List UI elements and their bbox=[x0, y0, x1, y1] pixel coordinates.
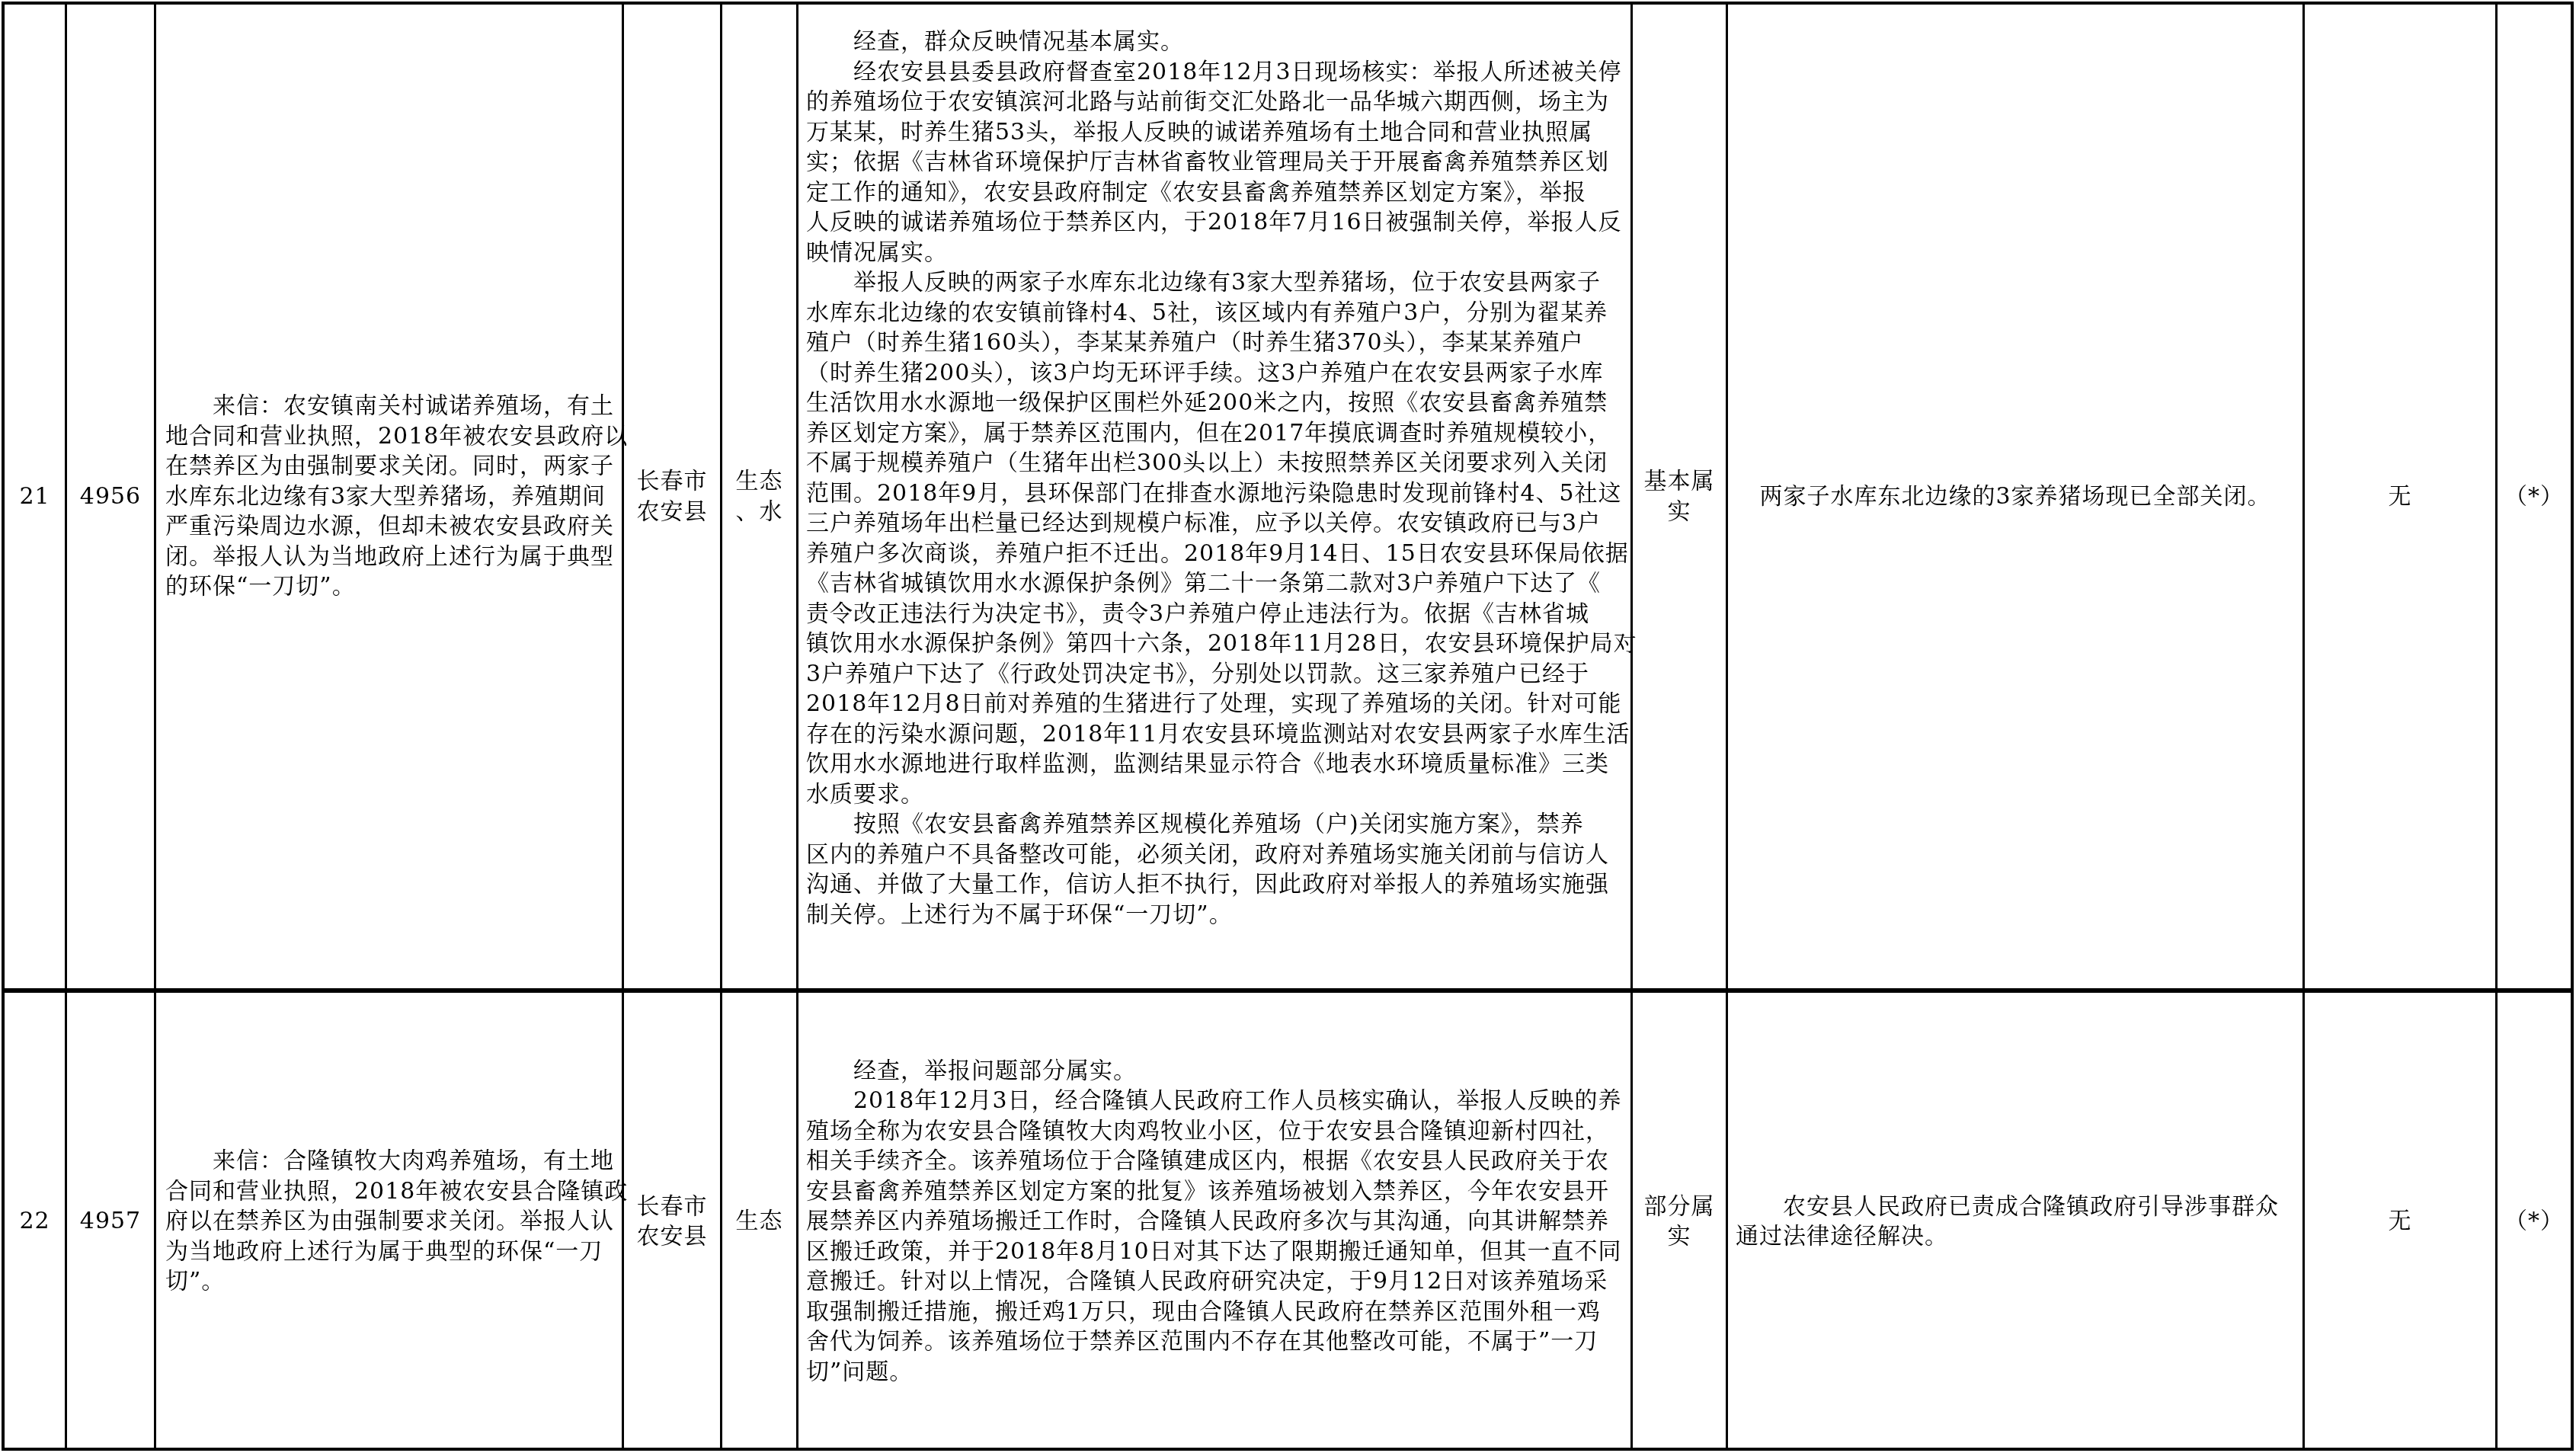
investigation-text: 经查，举报问题部分属实。 2018年12月3日，经合隆镇人民政府工作人员核实确认… bbox=[798, 1056, 1622, 1387]
investigation-line: 舍代为饲养。该养殖场位于禁养区范围内不存在其他整改可能，不属于”一刀 bbox=[806, 1327, 1622, 1357]
category-cell: 生态 bbox=[722, 993, 798, 1450]
verdict-line: 基本属 bbox=[1644, 466, 1715, 497]
investigation-line: 三户养殖场年出栏量已经达到规模户标准，应予以关停。农安镇政府已与3户 bbox=[806, 508, 1637, 539]
region-line: 农安县 bbox=[637, 1221, 708, 1252]
complaint-line: 来信：农安镇南关村诚诺养殖场，有土 bbox=[165, 391, 628, 421]
verdict-line: 实 bbox=[1668, 497, 1691, 527]
investigation-line: 水质要求。 bbox=[806, 779, 1637, 810]
accountability-text: 无 bbox=[2389, 1206, 2412, 1237]
region-line: 长春市 bbox=[637, 466, 708, 497]
investigation-line: 镇饮用水水源保护条例》第四十六条，2018年11月28日，农安县环境保护局对 bbox=[806, 629, 1637, 659]
complaint-cell: 来信：农安镇南关村诚诺养殖场，有土 地合同和营业执照，2018年被农安县政府以 … bbox=[156, 5, 624, 988]
verdict-cell: 部分属 实 bbox=[1633, 993, 1728, 1450]
investigation-line: 实；依据《吉林省环境保护厅吉林省畜牧业管理局关于开展畜禽养殖禁养区划 bbox=[806, 147, 1637, 178]
investigation-cell: 经查，举报问题部分属实。 2018年12月3日，经合隆镇人民政府工作人员核实确认… bbox=[798, 993, 1633, 1450]
complaint-line: 地合同和营业执照，2018年被农安县政府以 bbox=[165, 421, 628, 452]
complaint-table: 21 4956 来信：农安镇南关村诚诺养殖场，有土 地合同和营业执照，2018年… bbox=[2, 2, 2574, 1451]
note-text: （*） bbox=[2504, 1206, 2564, 1237]
investigation-line: 范围。2018年9月，县环保部门在排查水源地污染隐患时发现前锋村4、5社这 bbox=[806, 478, 1637, 509]
investigation-line: 经查，举报问题部分属实。 bbox=[806, 1056, 1622, 1087]
investigation-line: 《吉林省城镇饮用水水源保护条例》第二十一条第二款对3户养殖户下达了《 bbox=[806, 568, 1637, 599]
investigation-line: 殖户（时养生猪160头），李某某养殖户（时养生猪370头），李某某养殖户 bbox=[806, 328, 1637, 358]
investigation-line: 制关停。上述行为不属于环保“一刀切”。 bbox=[806, 900, 1637, 930]
note-cell: （*） bbox=[2498, 5, 2571, 988]
investigation-line: 2018年12月8日前对养殖的生猪进行了处理，实现了养殖场的关闭。针对可能 bbox=[806, 689, 1637, 719]
investigation-line: 万某某，时养生猪53头，举报人反映的诚诺养殖场有土地合同和营业执照属 bbox=[806, 117, 1637, 148]
accountability-cell: 无 bbox=[2305, 5, 2498, 988]
investigation-line: 不属于规模养殖户（生猪年出栏300头以上）未按照禁养区关闭要求列入关闭 bbox=[806, 448, 1637, 478]
investigation-line: 责令改正违法行为决定书》，责令3户养殖户停止违法行为。依据《吉林省城 bbox=[806, 599, 1637, 629]
handling-cell: 两家子水库东北边缘的3家养猪场现已全部关闭。 bbox=[1728, 5, 2305, 988]
investigation-line: 3户养殖户下达了《行政处罚决定书》，分别处以罚款。这三家养殖户已经于 bbox=[806, 659, 1637, 690]
case-id-cell: 4957 bbox=[67, 993, 156, 1450]
verdict-text: 基本属 实 bbox=[1644, 466, 1715, 526]
complaint-line: 严重污染周边水源，但却未被农安县政府关 bbox=[165, 511, 628, 542]
investigation-line: 饮用水水源地进行取样监测，监测结果显示符合《地表水环境质量标准》三类 bbox=[806, 749, 1637, 779]
verdict-line: 部分属 bbox=[1644, 1192, 1715, 1222]
accountability-text: 无 bbox=[2389, 482, 2412, 512]
region-text: 长春市 农安县 bbox=[637, 1192, 708, 1252]
region-text: 长春市 农安县 bbox=[637, 466, 708, 526]
investigation-line: 养区划定方案》，属于禁养区范围内，但在2017年摸底调查时养殖规模较小， bbox=[806, 418, 1637, 449]
complaint-line: 为当地政府上述行为属于典型的环保“一刀 bbox=[165, 1237, 628, 1267]
investigation-line: 2018年12月3日，经合隆镇人民政府工作人员核实确认，举报人反映的养 bbox=[806, 1086, 1622, 1116]
case-id: 4956 bbox=[80, 482, 141, 512]
complaint-text: 来信：农安镇南关村诚诺养殖场，有土 地合同和营业执照，2018年被农安县政府以 … bbox=[156, 391, 628, 602]
seq-number: 22 bbox=[19, 1206, 50, 1237]
investigation-line: 区搬迁政策，并于2018年8月10日对其下达了限期搬迁通知单，但其一直不同 bbox=[806, 1237, 1622, 1267]
case-id: 4957 bbox=[80, 1206, 141, 1237]
category-text: 生态 bbox=[736, 1206, 783, 1237]
investigation-line: 存在的污染水源问题，2018年11月农安县环境监测站对农安县两家子水库生活 bbox=[806, 719, 1637, 750]
category-text: 生态 、水 bbox=[736, 466, 783, 526]
note-text: （*） bbox=[2504, 482, 2564, 512]
category-line: 生态 bbox=[736, 1206, 783, 1237]
investigation-line: 区内的养殖户不具备整改可能，必须关闭，政府对养殖场实施关闭前与信访人 bbox=[806, 840, 1637, 870]
investigation-line: 生活饮用水水源地一级保护区围栏外延200米之内，按照《农安县畜禽养殖禁 bbox=[806, 388, 1637, 418]
investigation-line: 取强制搬迁措施，搬迁鸡1万只，现由合隆镇人民政府在禁养区范围外租一鸡 bbox=[806, 1297, 1622, 1327]
handling-line: 通过法律途径解决。 bbox=[1736, 1221, 2279, 1252]
region-cell: 长春市 农安县 bbox=[624, 5, 722, 988]
complaint-line: 水库东北边缘有3家大型养猪场，养殖期间 bbox=[165, 482, 628, 512]
investigation-line: 映情况属实。 bbox=[806, 238, 1637, 268]
complaint-line: 的环保“一刀切”。 bbox=[165, 571, 628, 602]
complaint-text: 来信：合隆镇牧大肉鸡养殖场，有土地 合同和营业执照，2018年被农安县合隆镇政 … bbox=[156, 1146, 628, 1297]
investigation-line: 经农安县县委县政府督查室2018年12月3日现场核实：举报人所述被关停 bbox=[806, 57, 1637, 88]
verdict-text: 部分属 实 bbox=[1644, 1192, 1715, 1252]
investigation-line: 水库东北边缘的农安镇前锋村4、5社，该区域内有养殖户3户，分别为翟某养 bbox=[806, 298, 1637, 328]
investigation-line: 沟通、并做了大量工作，信访人拒不执行，因此政府对举报人的养殖场实施强 bbox=[806, 869, 1637, 900]
investigation-cell: 经查，群众反映情况基本属实。 经农安县县委县政府督查室2018年12月3日现场核… bbox=[798, 5, 1633, 988]
table-row: 22 4957 来信：合隆镇牧大肉鸡养殖场，有土地 合同和营业执照，2018年被… bbox=[5, 993, 2571, 1450]
category-cell: 生态 、水 bbox=[722, 5, 798, 988]
complaint-line: 切”。 bbox=[165, 1266, 628, 1297]
complaint-line: 府以在禁养区为由强制要求关闭。举报人认 bbox=[165, 1206, 628, 1237]
investigation-text: 经查，群众反映情况基本属实。 经农安县县委县政府督查室2018年12月3日现场核… bbox=[798, 27, 1637, 930]
investigation-line: 人反映的诚诺养殖场位于禁养区内，于2018年7月16日被强制关停，举报人反 bbox=[806, 207, 1637, 238]
verdict-line: 实 bbox=[1668, 1221, 1691, 1252]
seq-cell: 22 bbox=[5, 993, 67, 1450]
investigation-line: 举报人反映的两家子水库东北边缘有3家大型养猪场，位于农安县两家子 bbox=[806, 267, 1637, 298]
investigation-line: 经查，群众反映情况基本属实。 bbox=[806, 27, 1637, 57]
region-line: 长春市 bbox=[637, 1192, 708, 1222]
complaint-line: 在禁养区为由强制要求关闭。同时，两家子 bbox=[165, 451, 628, 482]
investigation-line: 意搬迁。针对以上情况，合隆镇人民政府研究决定，于9月12日对该养殖场采 bbox=[806, 1266, 1622, 1297]
investigation-line: 按照《农安县畜禽养殖禁养区规模化养殖场（户)关闭实施方案》，禁养 bbox=[806, 809, 1637, 840]
case-id-cell: 4956 bbox=[67, 5, 156, 988]
accountability-cell: 无 bbox=[2305, 993, 2498, 1450]
complaint-cell: 来信：合隆镇牧大肉鸡养殖场，有土地 合同和营业执照，2018年被农安县合隆镇政 … bbox=[156, 993, 624, 1450]
category-line: 生态 bbox=[736, 466, 783, 497]
investigation-line: 安县畜禽养殖禁养区划定方案的批复》该养殖场被划入禁养区，今年农安县开 bbox=[806, 1176, 1622, 1207]
investigation-line: 殖场全称为农安县合隆镇牧大肉鸡牧业小区，位于农安县合隆镇迎新村四社， bbox=[806, 1116, 1622, 1147]
investigation-line: 定工作的通知》，农安县政府制定《农安县畜禽养殖禁养区划定方案》，举报 bbox=[806, 178, 1637, 208]
investigation-line: （时养生猪200头），该3户均无环评手续。这3户养殖户在农安县两家子水库 bbox=[806, 358, 1637, 389]
verdict-cell: 基本属 实 bbox=[1633, 5, 1728, 988]
handling-cell: 农安县人民政府已责成合隆镇政府引导涉事群众 通过法律途径解决。 bbox=[1728, 993, 2305, 1450]
investigation-line: 展禁养区内养殖场搬迁工作时，合隆镇人民政府多次与其沟通，向其讲解禁养 bbox=[806, 1206, 1622, 1237]
investigation-line: 的养殖场位于农安镇滨河北路与站前街交汇处路北一品华城六期西侧，场主为 bbox=[806, 87, 1637, 117]
region-cell: 长春市 农安县 bbox=[624, 993, 722, 1450]
table-row: 21 4956 来信：农安镇南关村诚诺养殖场，有土 地合同和营业执照，2018年… bbox=[5, 5, 2571, 993]
complaint-line: 闭。举报人认为当地政府上述行为属于典型 bbox=[165, 542, 628, 572]
note-cell: （*） bbox=[2498, 993, 2571, 1450]
investigation-line: 养殖户多次商谈，养殖户拒不迁出。2018年9月14日、15日农安县环保局依据 bbox=[806, 539, 1637, 569]
handling-text: 农安县人民政府已责成合隆镇政府引导涉事群众 通过法律途径解决。 bbox=[1728, 1192, 2279, 1252]
region-line: 农安县 bbox=[637, 497, 708, 527]
complaint-line: 合同和营业执照，2018年被农安县合隆镇政 bbox=[165, 1176, 628, 1207]
handling-line: 农安县人民政府已责成合隆镇政府引导涉事群众 bbox=[1736, 1192, 2279, 1222]
seq-cell: 21 bbox=[5, 5, 67, 988]
category-line: 、水 bbox=[736, 497, 783, 527]
seq-number: 21 bbox=[19, 482, 50, 512]
investigation-line: 相关手续齐全。该养殖场位于合隆镇建成区内，根据《农安县人民政府关于农 bbox=[806, 1146, 1622, 1176]
investigation-line: 切”问题。 bbox=[806, 1357, 1622, 1387]
complaint-line: 来信：合隆镇牧大肉鸡养殖场，有土地 bbox=[165, 1146, 628, 1176]
handling-text: 两家子水库东北边缘的3家养猪场现已全部关闭。 bbox=[1759, 482, 2270, 512]
